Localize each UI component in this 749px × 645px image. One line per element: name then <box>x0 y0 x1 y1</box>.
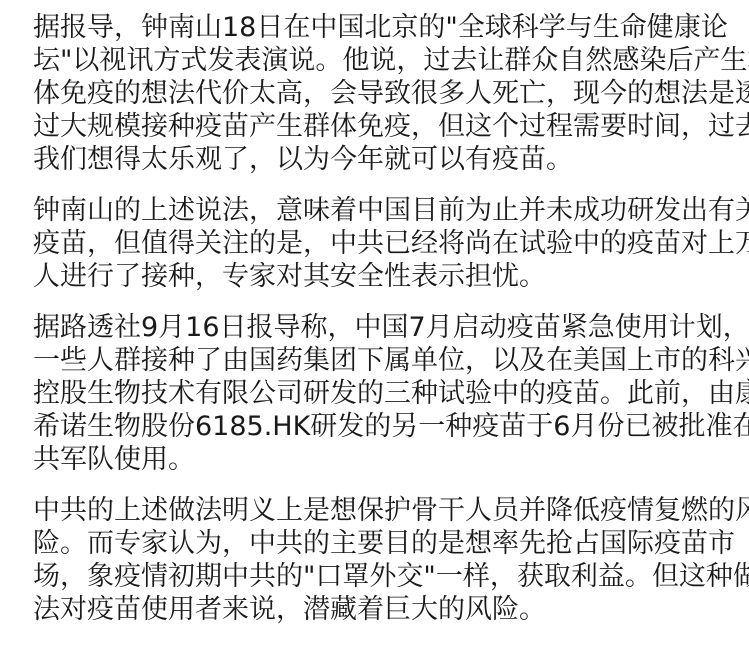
paragraph-2-line-1: 钟南山的上述说法，意味着中国目前为止并未成功研发出有关 <box>33 194 745 227</box>
paragraph-3-line-5: 共军队使用。 <box>33 443 745 476</box>
paragraph-1-line-3: 体免疫的想法代价太高，会导致很多人死亡，现今的想法是透 <box>33 77 745 110</box>
paragraph-4-line-4: 法对疫苗使用者来说，潜藏着巨大的风险。 <box>33 593 745 626</box>
article-body: 据报导，钟南山18日在中国北京的"全球科学与生命健康论坛"以视讯方式发表演说。他… <box>0 0 749 645</box>
paragraph-4: 中共的上述做法明义上是想保护骨干人员并降低疫情复燃的风险。而专家认为，中共的主要… <box>33 494 745 626</box>
paragraph-3-line-1: 据路透社9月16日报导称，中国7月启动疫苗紧急使用计划，对 <box>33 311 745 344</box>
paragraph-1-line-5: 我们想得太乐观了，以为今年就可以有疫苗。 <box>33 143 745 176</box>
paragraph-3-line-4: 希诺生物股份6185.HK研发的另一种疫苗于6月份已被批准在中 <box>33 410 745 443</box>
paragraph-3: 据路透社9月16日报导称，中国7月启动疫苗紧急使用计划，对一些人群接种了由国药集… <box>33 311 745 476</box>
paragraph-1-line-4: 过大规模接种疫苗产生群体免疫，但这个过程需要时间，过去 <box>33 110 745 143</box>
paragraph-1: 据报导，钟南山18日在中国北京的"全球科学与生命健康论坛"以视讯方式发表演说。他… <box>33 11 745 176</box>
paragraph-4-line-1: 中共的上述做法明义上是想保护骨干人员并降低疫情复燃的风 <box>33 494 745 527</box>
paragraph-4-line-3: 场，象疫情初期中共的"口罩外交"一样，获取利益。但这种做 <box>33 560 745 593</box>
paragraph-2-line-3: 人进行了接种，专家对其安全性表示担忧。 <box>33 260 745 293</box>
paragraph-2-line-2: 疫苗，但值得关注的是，中共已经将尚在试验中的疫苗对上万 <box>33 227 745 260</box>
paragraph-3-line-2: 一些人群接种了由国药集团下属单位，以及在美国上市的科兴 <box>33 344 745 377</box>
paragraph-1-line-2: 坛"以视讯方式发表演说。他说，过去让群众自然感染后产生群 <box>33 44 745 77</box>
paragraph-1-line-1: 据报导，钟南山18日在中国北京的"全球科学与生命健康论 <box>33 11 745 44</box>
paragraph-3-line-3: 控股生物技术有限公司研发的三种试验中的疫苗。此前，由康 <box>33 377 745 410</box>
paragraph-2: 钟南山的上述说法，意味着中国目前为止并未成功研发出有关疫苗，但值得关注的是，中共… <box>33 194 745 293</box>
paragraph-4-line-2: 险。而专家认为，中共的主要目的是想率先抢占国际疫苗市 <box>33 527 745 560</box>
